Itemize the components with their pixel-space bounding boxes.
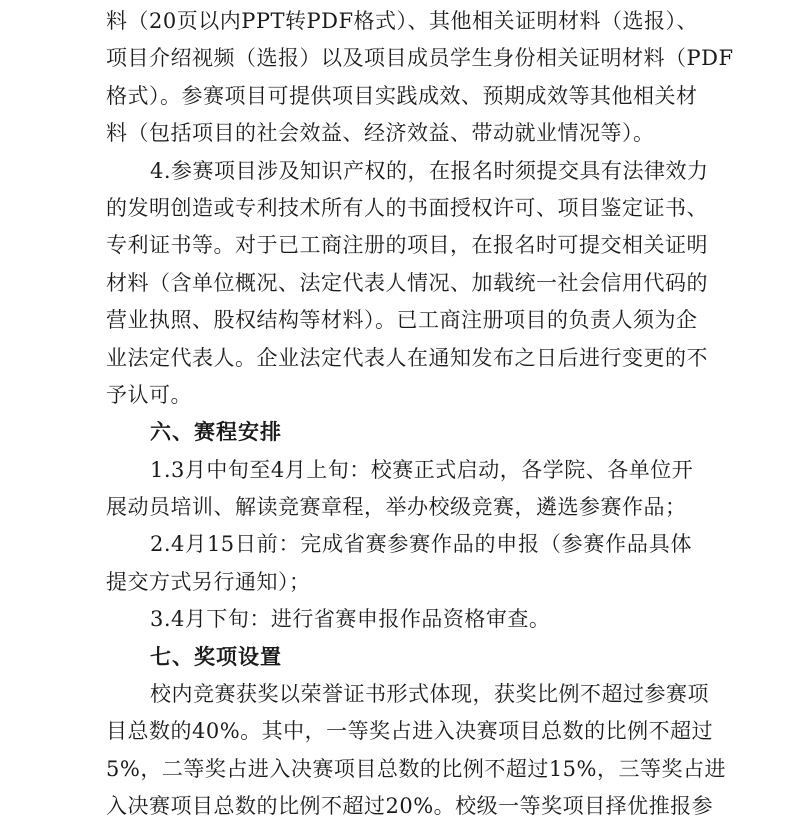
text-line: 料（包括项目的社会效益、经济效益、带动就业情况等）。: [106, 115, 692, 152]
paragraph-intellectual-property: 4.参赛项目涉及知识产权的，在报名时须提交具有法律效力 的发明创造或专利技术所有…: [106, 153, 692, 415]
text-line: 5%，二等奖占进入决赛项目总数的比例不超过15%，三等奖占进: [106, 751, 692, 788]
text-line: 目总数的40%。其中，一等奖占进入决赛项目总数的比例不超过: [106, 713, 692, 750]
text-line: 4.参赛项目涉及知识产权的，在报名时须提交具有法律效力: [106, 153, 692, 190]
text-line: 专利证书等。对于已工商注册的项目，在报名时可提交相关证明: [106, 227, 692, 264]
text-line: 3.4月下旬：进行省赛申报作品资格审查。: [106, 601, 692, 638]
paragraph-materials: 料（20页以内PPT转PDF格式）、其他相关证明材料（选报）、 项目介绍视频（选…: [106, 3, 692, 153]
text-line: 项目介绍视频（选报）以及项目成员学生身份相关证明材料（PDF: [106, 40, 692, 77]
text-line: 1.3月中旬至4月上旬：校赛正式启动，各学院、各单位开: [106, 452, 692, 489]
text-line: 业法定代表人。企业法定代表人在通知发布之日后进行变更的不: [106, 340, 692, 377]
text-line: 格式）。参赛项目可提供项目实践成效、预期成效等其他相关材: [106, 78, 692, 115]
text-line: 提交方式另行通知）；: [106, 564, 692, 601]
document-page: 料（20页以内PPT转PDF格式）、其他相关证明材料（选报）、 项目介绍视频（选…: [106, 3, 692, 826]
text-line: 材料（含单位概况、法定代表人情况、加载统一社会信用代码的: [106, 265, 692, 302]
paragraph-awards: 校内竞赛获奖以荣誉证书形式体现，获奖比例不超过参赛项 目总数的40%。其中，一等…: [106, 676, 692, 826]
section-heading-awards: 七、奖项设置: [106, 639, 692, 676]
section-heading-schedule: 六、赛程安排: [106, 414, 692, 451]
paragraph-schedule-item-3: 3.4月下旬：进行省赛申报作品资格审查。: [106, 601, 692, 638]
text-line: 2.4月15日前：完成省赛参赛作品的申报（参赛作品具体: [106, 526, 692, 563]
text-line: 的发明创造或专利技术所有人的书面授权许可、项目鉴定证书、: [106, 190, 692, 227]
text-line: 予认可。: [106, 377, 692, 414]
paragraph-schedule-item-1: 1.3月中旬至4月上旬：校赛正式启动，各学院、各单位开 展动员培训、解读竞赛章程…: [106, 452, 692, 527]
text-line: 入决赛项目总数的比例不超过20%。校级一等奖项目择优推报参: [106, 788, 692, 825]
text-line: 校内竞赛获奖以荣誉证书形式体现，获奖比例不超过参赛项: [106, 676, 692, 713]
paragraph-schedule-item-2: 2.4月15日前：完成省赛参赛作品的申报（参赛作品具体 提交方式另行通知）；: [106, 526, 692, 601]
text-line: 展动员培训、解读竞赛章程，举办校级竞赛，遴选参赛作品；: [106, 489, 692, 526]
text-line: 料（20页以内PPT转PDF格式）、其他相关证明材料（选报）、: [106, 3, 692, 40]
text-line: 营业执照、股权结构等材料）。已工商注册项目的负责人须为企: [106, 302, 692, 339]
